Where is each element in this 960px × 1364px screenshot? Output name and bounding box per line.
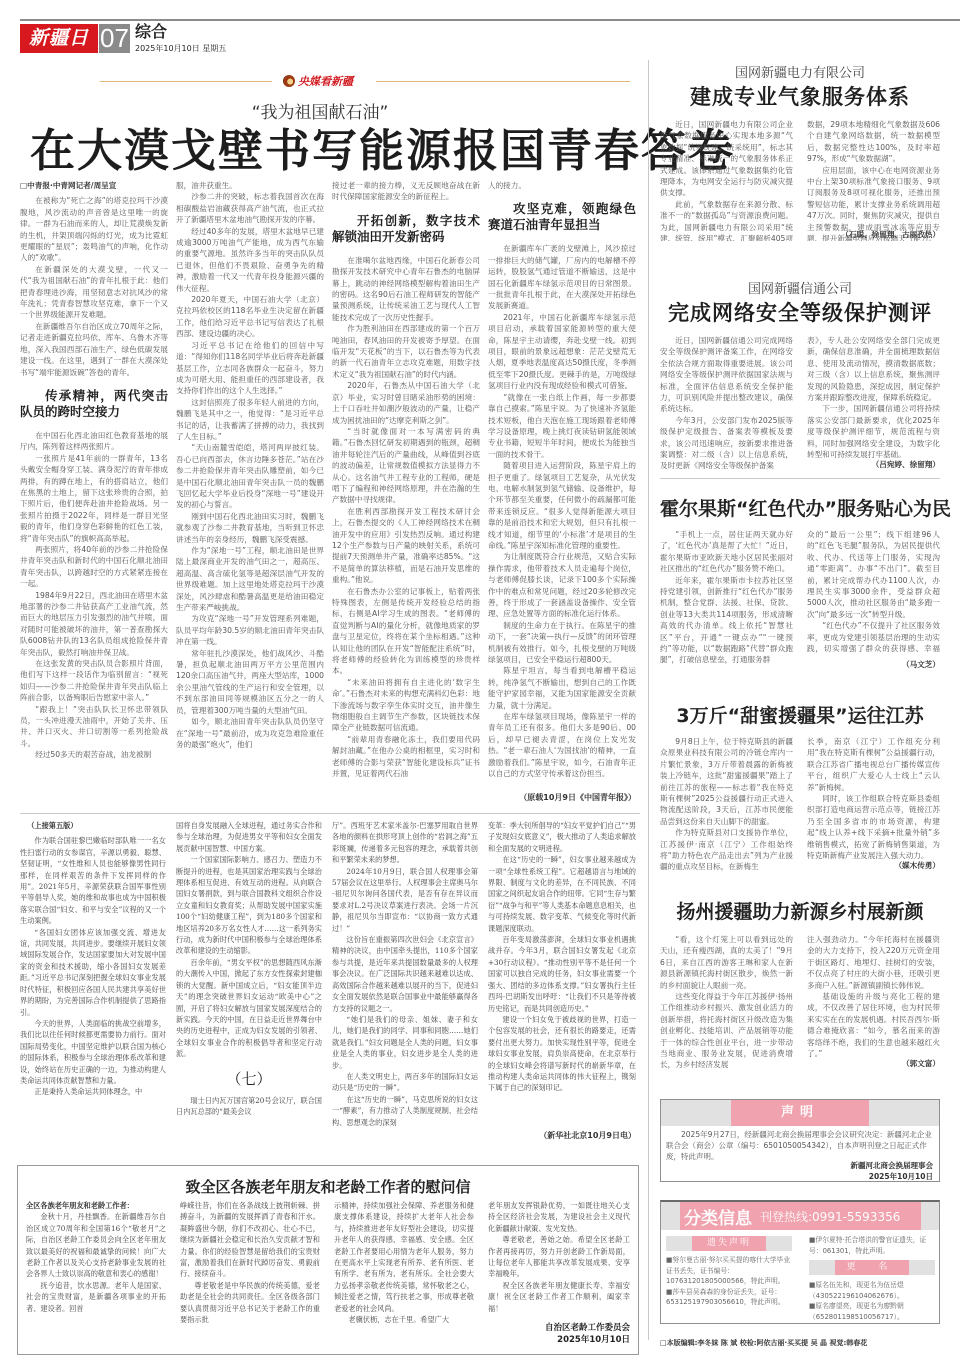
paragraph: 近年来，霍尔果斯市卡拉苏社区坚持党建引领，创新推行“红色代办”服务机制，整合党群… <box>660 575 793 665</box>
classifieds-label: 分类信息 <box>684 1204 752 1229</box>
classifieds-header: 分类信息 刊登热线:0991-5593356 <box>661 1202 939 1230</box>
story-column: 众的“最后一公里”；线下组建96人的“红色飞毛腿”服务队，为居民提供代收、代办、… <box>807 529 940 653</box>
paragraph: 2021年，中国石化新疆库车绿氢示范项目启动，承载着国家能源转型的重大使命，陈星… <box>488 312 636 392</box>
paragraph: 近日，国网新疆信通公司完成网络安全等级保护测评备案工作，在网络安全依法合规方面取… <box>660 335 793 415</box>
story-red-agency: 霍尔果斯“红色代办”服务贴心为民 “手机上一点，居住证两天就办好了，‘红色代办’… <box>660 494 940 670</box>
paragraph: 经过40多年的发展，塔里木盆地早已建成逾3000万吨油气产能地，成为西气东输的重… <box>176 226 324 294</box>
series-column-2: 国将自身发展融入全球进程，通过务实合作和参与全球治理，为促进男女平等和妇女全面发… <box>176 820 322 1145</box>
paragraph: 9月8日上午，位于特克斯县的新疆众原果业科技有限公司的冷链仓库内一片繁忙景象，3… <box>660 736 793 827</box>
paragraph: 在准噶尔盆地西缘，中国石化新春公司勘探开发技术研究中心青年石鲁杰的电脑屏幕上，跳… <box>332 255 480 323</box>
series-source: （新华社北京10月9日电） <box>488 1130 636 1141</box>
paragraph: “看，这个灯笼上可以看到远处的天山，还有瘦西湖，真的太美了！”9月6日，来自江西… <box>660 934 793 991</box>
paragraph: 在库车绿氢项目现场，像陈星宇一样的青年员工还有很多。他们大多是90后、00后，却… <box>488 711 636 779</box>
classifieds-box: 分类信息 刊登热线:0991-5593356 遗失声明 ■努尔曼古丽·努尔买买提… <box>660 1200 940 1324</box>
paragraph: 如今，顺北油田青年突击队队员仍坚守在“深地一号”最前沿，成为攻克急难险重任务的最… <box>176 716 324 750</box>
story-kicker: 国网新疆信通公司 <box>660 278 940 297</box>
story-column: 长季，南京（江宁）工作组充分利用“我在特克斯有棵树”公益援疆行动，联合江苏省广播… <box>807 736 940 860</box>
story-column: 9月8日上午，位于特克斯县的新疆众原果业科技有限公司的冷链仓库内一片繁忙景象，3… <box>660 736 793 872</box>
paragraph: 在这“历史的一瞬”，马克思所说的妇女这一“酵素”，有力推动了人类制度规制、社会结… <box>332 1094 478 1128</box>
letter-signature-block: 自治区老龄工作委员会 2025年10月10日 <box>545 1322 630 1346</box>
rename-header: 更 名 <box>809 1260 935 1275</box>
story-network-security: 国网新疆信通公司 完成网络安全等级保护测评 近日，国网新疆信通公司完成网络安全等… <box>660 278 940 470</box>
story-title: 3万斤“甜蜜援疆果”运往江苏 <box>660 701 940 728</box>
lead-column-2: 服，油井获重生。 沙参二井的突破，标志着我国首次在海相碳酸盐岩油藏获得高产油气流… <box>176 180 324 806</box>
paragraph: 1984年9月22日，西北油田在塔里木盆地部署的沙参二井钻获高产工业油气流，然而… <box>20 590 168 658</box>
top-rule <box>20 19 960 21</box>
subhead: 开拓创新，数字技术解锁油田开发新密码 <box>332 213 480 245</box>
paragraph: 祝全区各族老年朋友健康长寿、幸福安康！祝全区老龄工作者工作顺利，阖家幸福！ <box>488 1280 630 1314</box>
letter-date: 2025年10月10日 <box>545 1334 630 1346</box>
paragraph: 在胜利西部勘探开发工程技术研讨会上，石鲁杰提交的《人工神经网络技术在稠油开发中的… <box>332 506 480 586</box>
lead-column-1: □中青报·中青网记者/周呈宣 在被称为“死亡之海”的塔克拉玛干沙漠腹地，风沙流动… <box>20 180 168 806</box>
notice-text: 2025年9月27日，经新疆河北商会换届理事会会议研究决定：新疆河北企业联合会（… <box>666 1129 936 1162</box>
paragraph: 2020年夏天，中国石油大学（北京）克拉玛依校区的118名毕业生决定留在新疆工作… <box>176 294 324 340</box>
paragraph: 2020年，石鲁杰从中国石油大学（北京）毕业，实习时曾目睹采油形势的困境：上千口… <box>332 380 480 426</box>
letter-box: 致全区各族老年朋友和老龄工作者的慰问信 全区各族老年朋友和老龄工作者： 金秋十月… <box>17 1165 639 1355</box>
paragraph: “当时就像面对一本写满密码的典籍。”石鲁杰回忆研发初期遇到的瓶颈，超稠油井每轮注… <box>332 426 480 506</box>
paragraph: 为攻克“深地一号”开发管理系列难题，队员平均年龄30.5岁的顺北油田青年突击队冲… <box>176 613 324 647</box>
paragraph: 变革：季大钊所倡导的“妇女平觉护们自己”“男子发现妇女底意义”，极大推动了人类追… <box>488 820 636 854</box>
lead-headline: 在大漠戈壁书写能源报国青春答卷 <box>30 114 630 179</box>
paragraph: 在人类文明史上，两百多年的国际妇女运动只是“历史的一瞬”。 <box>332 1071 478 1094</box>
story-kicker: 国网新疆电力有限公司 <box>660 62 940 81</box>
paragraph: 基础设施的升级与亮化工程的建成，不仅改善了居住环境，也为村民带来实实在在的发展机… <box>807 991 940 1058</box>
paragraph: 老骥伏枥，志在千里。希望广大 <box>334 1314 474 1325</box>
notice-date: 2025年10月10日 <box>851 1171 934 1182</box>
paragraph: 在被称为“死亡之海”的塔克拉玛干沙漠腹地，风沙流动的声音曾是这里唯一的旋律。一群… <box>20 195 168 263</box>
paragraph: 此前，气象数据存在来源分散、标准不一的“数据孤岛”与资源浪费问题。为此，国网新疆… <box>660 199 793 241</box>
newspaper-logo: 新疆日报 <box>20 24 98 53</box>
paragraph: 在新疆深处的大漠戈壁，一代又一代“我为祖国献石油”的青年扎根于此：他们把青春埋进… <box>20 264 168 321</box>
letter-title: 致全区各族老年朋友和老龄工作者的慰问信 <box>18 1176 638 1197</box>
rename-list: ■原名伍先和，现更名为伍岳煜（430522196104062676）。 ■原名廖… <box>809 1280 935 1322</box>
paragraph: 今年3月，公安部门发布2025版等级保护定级报告、备案表等模板及要求，该公司迅速… <box>660 415 793 471</box>
paragraph: 在中国石化西北油田红色教育基地的展厅内，陈列着这样两张照片。 <box>20 430 168 453</box>
paragraph: 这封信照亮了很多年轻人前进的方向，魏鹏飞是其中之一，他觉得：“是习近平总书记的话… <box>176 397 324 443</box>
paragraph: 作为胜利油田在西部建成的第一个百万吨油田，春风油田的开发被寄予厚望。在面临开发“… <box>332 323 480 380</box>
paragraph: 这些变化得益于今年江苏援伊·扬州工作组推动乡村振兴、激发创业活力的创新举措，将托… <box>660 991 793 1070</box>
paragraph: 陈星宇坦言，每当看到电解槽平稳运转，纯净氢气不断输出，想到自己的工作既能守护家园… <box>488 665 636 711</box>
paragraph: “手机上一点，居住证两天就办好了，‘红色代办’真是帮了大忙！”近日，霍尔果斯市亚… <box>660 529 793 575</box>
story-weather-service: 国网新疆电力有限公司 建成专业气象服务体系 近日，国网新疆电力有限公司企业级气象… <box>660 62 940 240</box>
story-yangzhou-aid: 扬州援疆助力新源乡村展新颜 “看，这个灯笼上可以看到远处的天山，还有瘦西湖，真的… <box>660 897 940 1069</box>
paragraph: 在新疆维吾尔自治区成立70周年之际，记者走进新疆克拉玛依、库车、乌鲁木齐等地，深… <box>20 321 168 378</box>
paragraph: 百余年前，“男女平权”的思想随西风东渐的大潮传入中国，掀起了东方女性探索封建枷锁… <box>176 957 322 1060</box>
paragraph: 这份旨在重振第四次世妇会《北京宣言》精神的决议，由中国牵头提出，110多个国家参… <box>332 934 478 1014</box>
paragraph: 示精神，持续加强社会保障、养老服务和健康支撑体系建设，持续扩大老年人社会参与，持… <box>334 1200 474 1314</box>
lost-item: ■莎车县吴森森的身份证丢失，证号：653125197903056610，特此声明… <box>666 1287 792 1308</box>
series-column-1: （上接第五版） 作为联合国驻黎巴嫩临时部队唯一一名女性扫雷行动的女参谋官，辛源以… <box>20 820 166 1145</box>
paragraph: 在这张发黄的突击队员合影照片背面，他们写下这样一段话作为临别留言：“视死如归——… <box>20 658 168 704</box>
lost-item: ■伊尔夏特·托合塔洪的警官证遗失，证号：061301，特此声明。 <box>809 1235 935 1256</box>
paragraph: “跟我上！”突击队队长卫怀忠带领队员，一头冲进漫天油雨中，开始了关井、压井、井口… <box>20 704 168 750</box>
paragraph: 抚今追昔，饮水思源。老年人是国家、社会的宝贵财富，是新疆各项事业的开拓者、建设者… <box>26 1280 166 1314</box>
paragraph: 沙参二井的突破，标志着我国首次在海相碳酸盐岩油藏获得高产油气流，也正式拉开了新疆… <box>176 191 324 225</box>
paragraph: 尊老敬老是中华民族的传统美德，爱老助老是全社会的共同责任。全区各级各部门要认真贯… <box>180 1280 320 1326</box>
lost-list-2: ■伊尔夏特·托合塔洪的警官证遗失，证号：061301，特此声明。 <box>809 1235 935 1256</box>
globe-icon <box>283 75 295 87</box>
page-number: 07 <box>99 24 130 53</box>
paragraph: 作为“深地一号”工程，顺北油田是世界陆上最深商业开发的油气田之一，超高压、超高温… <box>176 545 324 613</box>
banner-rule-left <box>100 81 272 82</box>
lost-list: ■努尔曼古丽·努尔买买提的喀什大学毕业证书丢失，证书编号：10763120180… <box>666 1255 792 1308</box>
lead-column-3: 接过老一辈的接力棒，义无反顾地奋战在新时代保障国家能源安全的新征程上。 开拓创新… <box>332 180 480 806</box>
paragraph: 两张照片，将40年前的沙参二井抢险保井青年突击队和新时代的中国石化顺北油田青年突… <box>20 544 168 590</box>
letter-signature: 自治区老龄工作委员会 <box>545 1322 630 1334</box>
paragraph: “她们是我们的母亲、姐妹、妻子和女儿，她们是我们的同学、同事和同胞……她们就是我… <box>332 1014 478 1071</box>
continued-label: （上接第五版） <box>20 820 166 831</box>
notice-label: 声明 <box>731 1100 869 1126</box>
story-title: 霍尔果斯“红色代办”服务贴心为民 <box>660 494 940 521</box>
story-column: “看，这个灯笼上可以看到远处的天山，还有瘦西湖，真的太美了！”9月6日，来自江西… <box>660 934 793 1070</box>
paragraph: 众的“最后一公里”；线下组建96人的“红色飞毛腿”服务队，为居民提供代收、代办、… <box>807 529 940 620</box>
paragraph: 作为特克斯县对口支援协作单位，江苏援伊·南京（江宁）工作组始终将“助力特色农产品… <box>660 827 793 872</box>
paragraph: “天山南麓雪皑皑，塔河两岸披红装。吾心已向西部去，休言边陲多苍茫。”站在沙参二井… <box>176 442 324 510</box>
story-sweet-fruit: 3万斤“甜蜜援疆果”运往江苏 9月8日上午，位于特克斯县的新疆众原果业科技有限公… <box>660 701 940 871</box>
paragraph: 老年朋友发挥银龄优势，一如既往地关心支持全区经济社会发展，为建设社会主义现代化新… <box>488 1200 630 1234</box>
paragraph: 作为联合国驻黎巴嫩临时部队唯一一名女性扫雷行动的女参谋官，辛源以勇毅、聪慧、坚韧… <box>20 835 166 926</box>
paragraph: 接过老一辈的接力棒，义无反顾地奋战在新时代保障国家能源安全的新征程上。 <box>332 180 480 203</box>
story-column: 数据，29项本地精细化气象数据及606个自建气象网络数据，统一数据模型后，数据完… <box>807 119 940 241</box>
series-column-3: 厅”。西班牙艺术家米盖尔·巴塞罗用取自世界各地的颜料在拱形穹顶上创作的“岩洞之海… <box>332 820 478 1145</box>
column-banner-label: 央媒看新疆 <box>298 73 353 89</box>
rename-label: 更 名 <box>835 1260 909 1275</box>
notice-header: 声明 <box>661 1100 939 1126</box>
letter-column-2: 峥嵘往昔，你们在各条战线上披荆斩棘、拼搏奋斗，为新疆的发展挥洒了青春和汗水。凝眸… <box>180 1200 320 1350</box>
series-column-4: 变革：季大钊所倡导的“妇女平觉护们自己”“男子发现妇女底意义”，极大推动了人类追… <box>488 820 636 1126</box>
story-title: 完成网络安全等级保护测评 <box>660 297 940 327</box>
paragraph: 下一步，国网新疆信通公司将持续落实公安部门最新要求，优化2025年度等级保护测评… <box>807 403 940 459</box>
paragraph: 刚到中国石化西北油田实习时，魏鹏飞就参观了沙参二井教育基地，当听到卫怀忠讲述当年… <box>176 511 324 545</box>
paragraph: 一个国家国际影响力、感召力、塑造力不断提升的进程，也是其国家治理实践与全球治理体… <box>176 854 322 957</box>
paragraph: 今天的世界，人类面临的挑战空前增多，我们比以往任何时候都更需要协力前行。面对国际… <box>20 1018 166 1086</box>
section-title: 综合 <box>135 23 167 41</box>
paragraph: “各国妇女团体应该加强交流、增进友谊，共同发展，共同进步。要继续开展妇女领域国际… <box>20 927 166 1018</box>
paragraph: 人的接力。 <box>488 180 636 191</box>
paragraph: 长季，南京（江宁）工作组充分利用“我在特克斯有棵树”公益援疆行动，联合江苏省广播… <box>807 736 940 793</box>
paragraph: 制度的生命力在于执行。在陈星宇的推动下，一套“决策—执行—反馈”的闭环管理机制被… <box>488 620 636 666</box>
paragraph: “未来油田将拥有自主进化的‘数字生命’。”石鲁杰对未来的构想充满科幻色彩：地下渗… <box>332 677 480 734</box>
paragraph: 习近平总书记在给他们的回信中写道：“得知你们118名同学毕业后将奔赴新疆基层工作… <box>176 340 324 397</box>
paragraph: 一张照片是41年前的一群青年，13名头戴安全帽身穿工装、满身泥泞的青年排成两排，… <box>20 453 168 544</box>
paragraph: 厅”。西班牙艺术家米盖尔·巴塞罗用取自世界各地的颜料在拱形穹顶上创作的“岩洞之海… <box>332 820 478 866</box>
story-column: 注入强劲动力。“今年托海村在援疆资金的大力支持下，投入220万元资金用于街区路灯… <box>807 934 940 1058</box>
paragraph: 建设一个妇女免于被歧视的世界，打造一个包容发展的社会，还有很长的路要走，还需要付… <box>488 1014 636 1094</box>
paragraph: 服，油井获重生。 <box>176 180 324 191</box>
letter-column-3: 示精神，持续加强社会保障、养老服务和健康支撑体系建设，持续扩大老年人社会参与，持… <box>334 1200 474 1350</box>
lost-label: 遗失声明 <box>692 1236 766 1251</box>
rename-item: ■原名伍先和，现更名为伍岳煜（430522196104062676）。 <box>809 1280 935 1301</box>
paragraph: 百年变局激荡澎湃，全球妇女事业机遇挑战并存。今年3月，联合国妇女署发起《北京+3… <box>488 934 636 1014</box>
paragraph: 近日，国网新疆电力有限公司企业级气象数据服务中心实现本地多源“气象数据”统筹统建… <box>660 119 793 199</box>
paragraph: 随着项目进入运营阶段，陈星宇肩上的担子更重了。绿氢项目工艺复杂，从光伏发电、电解… <box>488 460 636 551</box>
classifieds-hotline: 刊登热线:0991-5593356 <box>760 1208 900 1225</box>
classifieds-banner: 分类信息 刊登热线:0991-5593356 <box>680 1202 921 1230</box>
banner-rule-right <box>376 81 630 82</box>
byline: □中青报·中青网记者/周呈宣 <box>20 180 168 191</box>
paragraph: 常年驻扎沙漠深处，他们战风沙、斗酷暑，担负起顺北油田两万平方公里范围内120余口… <box>176 648 324 716</box>
paragraph: 金秋十月，丹桂飘香。在新疆维吾尔自治区成立70周年和全国第16个“敬老月”之际，… <box>26 1211 166 1279</box>
notice-box: 声明 2025年9月27日，经新疆河北商会换届理事会会议研究决定：新疆河北企业联… <box>660 1099 940 1182</box>
story-column: 近日，国网新疆电力有限公司企业级气象数据服务中心实现本地多源“气象数据”统筹统建… <box>660 119 793 241</box>
story-column: “手机上一点，居住证两天就办好了，‘红色代办’真是帮了大忙！”近日，霍尔果斯市亚… <box>660 529 793 665</box>
paragraph: 为让制度既符合行业规范，又贴合实际操作需求，他带着技术人员走遍每个岗位，与老师傅… <box>488 551 636 619</box>
paragraph: 在这“历史的一瞬”，妇女事业越来越成为一项“全球性系统工程”。它超越语言与地域的… <box>488 854 636 934</box>
paragraph: “就像在一张白纸上作画，每一步都要靠自己摸索。”陈星宇说。为了快速补齐氢能技术短… <box>488 392 636 460</box>
column-banner: 央媒看新疆 <box>283 73 353 89</box>
paragraph: 正是秉持人类命运共同体理念，中 <box>20 1086 166 1097</box>
lost-header: 遗失声明 <box>666 1236 792 1251</box>
story-column: 近日，国网新疆信通公司完成网络安全等级保护测评备案工作，在网络安全依法合规方面取… <box>660 335 793 471</box>
paragraph: 瑞士日内瓦万国宫第20号会议厅，联合国日内瓦总部的“最美会议 <box>176 1095 322 1118</box>
paragraph: 峥嵘往昔，你们在各条战线上披荆斩棘、拼搏奋斗，为新疆的发展挥洒了青春和汗水。凝眸… <box>180 1200 320 1280</box>
letter-column-1: 全区各族老年朋友和老龄工作者： 金秋十月，丹桂飘香。在新疆维吾尔自治区成立70周… <box>26 1200 166 1350</box>
paragraph: 表》，专人赴公安网络安全部门完成更新，确保信息准确，并全面梳理数据信息、使用及流… <box>807 335 940 403</box>
paragraph: 2024年10月9日，联合国人权理事会第57届会议在这里举行。人权理事会主席奥马… <box>332 866 478 934</box>
lost-item: ■努尔曼古丽·努尔买买提的喀什大学毕业证书丢失，证书编号：10763120180… <box>666 1255 792 1287</box>
letter-column-4: 老年朋友发挥银龄优势，一如既往地关心支持全区经济社会发展，为建设社会主义现代化新… <box>488 1200 630 1320</box>
letter-salutation: 全区各族老年朋友和老龄工作者： <box>26 1200 166 1211</box>
column-divider <box>648 60 649 1340</box>
story-title: 扬州援疆助力新源乡村展新颜 <box>660 897 940 924</box>
story-title: 建成专业气象服务体系 <box>660 81 940 111</box>
subhead: 攻坚克难，领跑绿色赛道石油青年显担当 <box>488 201 636 233</box>
story-column: 表》，专人赴公安网络安全部门完成更新，确保信息准确，并全面梳理数据信息、使用及流… <box>807 335 940 459</box>
paragraph: “前辈用青春融化冻土，我们要用代码解封油藏。”在他办公桌的相框里，实习时和老师傅… <box>332 734 480 780</box>
paragraph: 国将自身发展融入全球进程，通过务实合作和参与全球治理，为促进男女平等和妇女全面发… <box>176 820 322 854</box>
paragraph: 数据，29项本地精细化气象数据及606个自建气象网络数据，统一数据模型后，数据完… <box>807 119 940 165</box>
notice-signature: 新疆河北商会换届理事会 <box>851 1160 934 1171</box>
paragraph: 在石鲁杰办公室的记事板上，贴着两张特殊图表，左侧是传统开发经验总结的指标，右侧是… <box>332 586 480 677</box>
paragraph: 尊老敬老，善始之始。希望全区老龄工作者再接再厉，努力开创老龄工作新局面，让每位老… <box>488 1234 630 1280</box>
section-divider <box>20 813 640 814</box>
lead-source: （原载10月9日《中国青年报》） <box>488 792 636 803</box>
story-divider <box>660 478 940 479</box>
page-credits: □本版编辑:李冬妹 陈 斌 校检:阿依古丽·买买提 吴 晶 视觉:韩春花 <box>660 1338 867 1348</box>
lead-column-4: 人的接力。 攻坚克难，领跑绿色赛道石油青年显担当 在新疆库车广袤的戈壁滩上，风沙… <box>488 180 636 806</box>
paragraph: 同时，该工作组联合特克斯县委组织部打造电商运营示范点等，链接江苏乃至全国多省市的… <box>807 793 940 860</box>
subhead: 传承精神，两代突击队员的跨时空接力 <box>20 388 168 420</box>
publication-date: 2025年10月10日 星期五 <box>135 43 226 54</box>
rename-item: ■原名廖望亮，现更名为廖黔朝（652801198510056717）。 <box>809 1301 935 1322</box>
paragraph: “红色代办”不仅提升了社区服务效率，更成为党建引领基层治理的生动实践，切实增强了… <box>807 620 940 653</box>
part-label: （七） <box>176 1074 322 1085</box>
paragraph: 在新疆库车广袤的戈壁滩上，风沙掠过一排排巨大的储气罐，厂房内的电解槽不停运转，股… <box>488 243 636 311</box>
paragraph: 经过50多天的艰苦奋战，油龙被制 <box>20 749 168 760</box>
notice-signature-block: 新疆河北商会换届理事会 2025年10月10日 <box>851 1160 934 1182</box>
paragraph: 注入强劲动力。“今年托海村在援疆资金的大力支持下，投入220万元资金用于街区路灯… <box>807 934 940 991</box>
